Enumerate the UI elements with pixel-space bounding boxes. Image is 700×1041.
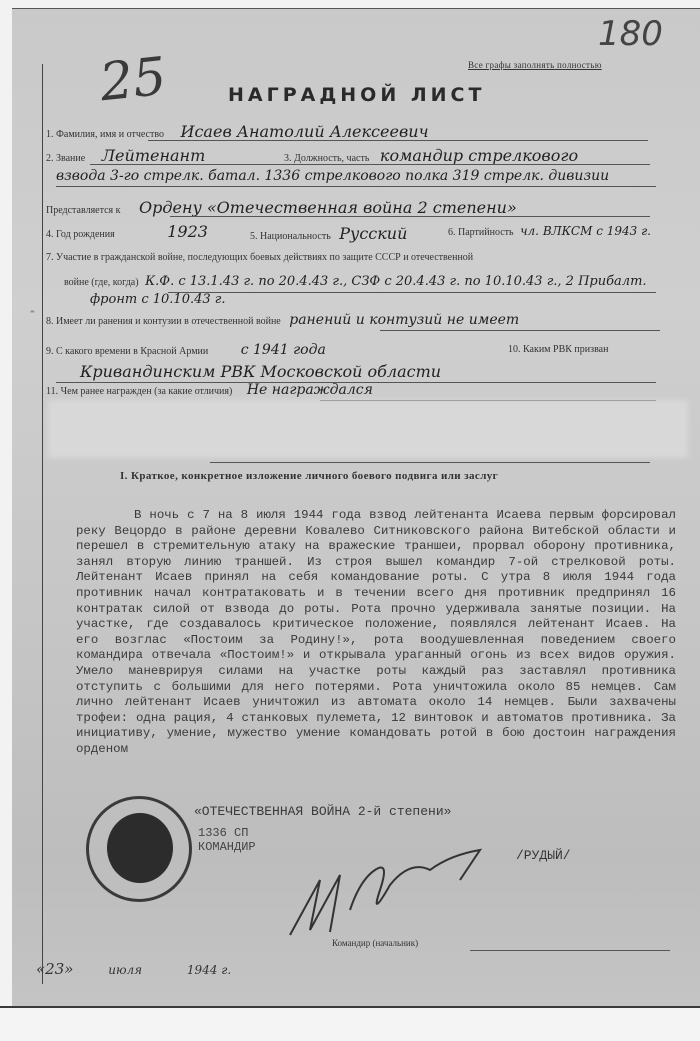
field-participation-value: К.Ф. с 13.1.43 г. по 20.4.43 г., СЗФ с 2… bbox=[145, 274, 646, 289]
commander-name: /РУДЫЙ/ bbox=[516, 848, 571, 863]
field-nationality-label: 5. Национальность bbox=[250, 231, 331, 242]
corner-handwritten-mark: 25 bbox=[97, 47, 169, 114]
field-participation-value-cont: фронт с 10.10.43 г. bbox=[90, 292, 225, 307]
field-rvk-label: 10. Каким РВК призван bbox=[508, 344, 608, 355]
field-participation-label-cont: войне (где, когда) bbox=[64, 277, 139, 288]
award-name: «ОТЕЧЕСТВЕННАЯ ВОЙНА 2-й степени» bbox=[194, 804, 451, 819]
feat-description-text: В ночь с 7 на 8 июля 1944 года взвод лей… bbox=[76, 508, 676, 758]
official-seal bbox=[86, 796, 192, 902]
seal-emblem bbox=[107, 813, 173, 883]
document-date: «23» июля 1944 г. bbox=[36, 960, 231, 978]
field-participation: 7. Участие в гражданской войне, последую… bbox=[46, 252, 473, 263]
underline bbox=[168, 292, 656, 293]
section-title: I. Краткое, конкретное изложение личного… bbox=[120, 470, 498, 482]
field-position-cont: взвода 3-го стрелк. батал. 1336 стрелков… bbox=[56, 168, 609, 184]
field-position: 3. Должность, часть командир стрелкового bbox=[284, 146, 578, 165]
margin-line bbox=[42, 64, 43, 984]
field-army-since-value: с 1941 года bbox=[241, 342, 326, 358]
underline bbox=[380, 330, 660, 331]
fill-instruction-note: Все графы заполнять полностью bbox=[468, 60, 602, 70]
field-rank: 2. Звание Лейтенант bbox=[46, 146, 205, 165]
field-party-label: 6. Партийность bbox=[448, 227, 514, 238]
field-participation-cont: войне (где, когда) К.Ф. с 13.1.43 г. по … bbox=[64, 274, 647, 289]
field-party-value: чл. ВЛКСМ с 1943 г. bbox=[520, 224, 651, 238]
underline bbox=[210, 462, 650, 463]
field-rank-label: 2. Звание bbox=[46, 153, 85, 164]
date-year: 1944 г. bbox=[187, 963, 231, 977]
unit-signature-block: 1336 СП КОМАНДИР bbox=[198, 826, 256, 854]
field-wounds-value: ранений и контузий не имеет bbox=[289, 312, 519, 328]
unit-name: 1336 СП bbox=[198, 826, 256, 840]
scanner-background bbox=[0, 1006, 700, 1041]
field-army-since-label: 9. С какого времени в Красной Армии bbox=[46, 346, 208, 357]
field-rvk: 10. Каким РВК призван bbox=[508, 344, 608, 355]
underline bbox=[56, 186, 656, 187]
field-rvk-value-row: Кривандинским РВК Московской области bbox=[80, 362, 441, 381]
field-position-value-cont: взвода 3-го стрелк. батал. 1336 стрелков… bbox=[56, 168, 609, 184]
field-birth-year: 4. Год рождения 1923 bbox=[46, 222, 208, 241]
field-represented-value: Ордену «Отечественная война 2 степени» bbox=[139, 198, 517, 217]
underline bbox=[90, 164, 650, 165]
field-position-value: командир стрелкового bbox=[380, 146, 578, 165]
date-month: июля bbox=[108, 963, 142, 977]
field-represented-label: Представляется к bbox=[46, 205, 121, 216]
field-rank-value: Лейтенант bbox=[102, 146, 206, 165]
field-birth-year-value: 1923 bbox=[167, 222, 208, 241]
unit-role: КОМАНДИР bbox=[198, 840, 256, 854]
page-number: 180 bbox=[598, 14, 663, 54]
field-nationality: 5. Национальность Русский bbox=[250, 224, 407, 243]
field-previous-awards-value: Не награждался bbox=[247, 382, 373, 398]
field-name-label: 1. Фамилия, имя и отчество bbox=[46, 129, 164, 140]
date-day: «23» bbox=[36, 960, 73, 978]
field-name: 1. Фамилия, имя и отчество Исаев Анатоли… bbox=[46, 122, 429, 141]
field-army-since: 9. С какого времени в Красной Армии с 19… bbox=[46, 342, 326, 358]
margin-mark: ⁼ bbox=[30, 308, 35, 319]
field-previous-awards-label: 11. Чем ранее награжден (за какие отличи… bbox=[46, 386, 232, 397]
commander-label: Командир (начальник) bbox=[332, 938, 418, 948]
field-birth-year-label: 4. Год рождения bbox=[46, 229, 115, 240]
field-party: 6. Партийность чл. ВЛКСМ с 1943 г. bbox=[448, 224, 651, 238]
field-participation-label: 7. Участие в гражданской войне, последую… bbox=[46, 252, 473, 263]
field-represented: Представляется к Ордену «Отечественная в… bbox=[46, 198, 517, 217]
document-title: НАГРАДНОЙ ЛИСТ bbox=[228, 84, 485, 106]
redacted-area bbox=[48, 400, 688, 458]
signature-icon bbox=[280, 840, 500, 950]
feat-description: В ночь с 7 на 8 июля 1944 года взвод лей… bbox=[76, 508, 676, 758]
field-name-value: Исаев Анатолий Алексеевич bbox=[181, 122, 429, 141]
field-rvk-value: Кривандинским РВК Московской области bbox=[80, 362, 441, 381]
field-position-label: 3. Должность, часть bbox=[284, 153, 369, 164]
field-wounds-label: 8. Имеет ли ранения и контузии в отечест… bbox=[46, 316, 281, 327]
field-nationality-value: Русский bbox=[339, 224, 407, 243]
field-previous-awards: 11. Чем ранее награжден (за какие отличи… bbox=[46, 382, 373, 398]
underline bbox=[148, 140, 648, 141]
field-wounds: 8. Имеет ли ранения и контузии в отечест… bbox=[46, 312, 519, 328]
underline bbox=[470, 950, 670, 951]
underline bbox=[170, 216, 650, 217]
